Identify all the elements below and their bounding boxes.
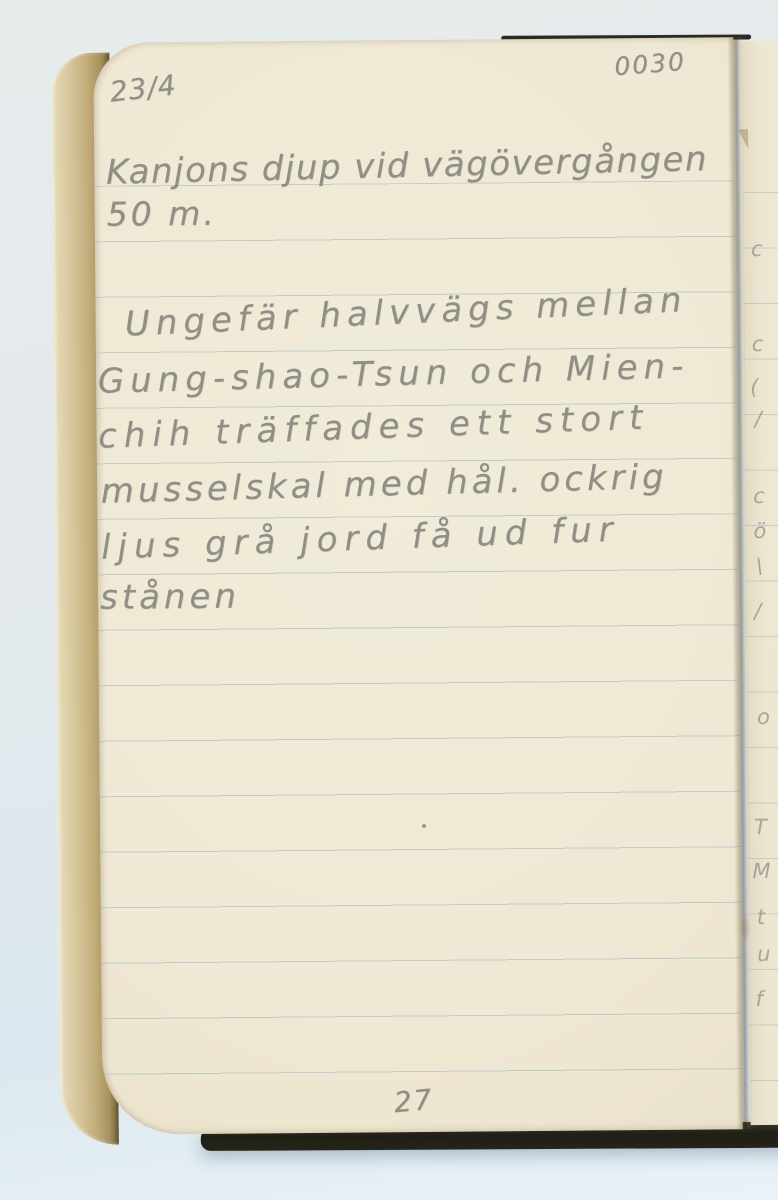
notebook-page: 23/4 0030 Kanjons djup vid vägövergången…: [93, 37, 743, 1135]
adjacent-mark: u: [757, 942, 771, 966]
adjacent-mark: t: [757, 905, 765, 929]
adjacent-mark: c: [752, 332, 764, 356]
paper-speck: [422, 824, 426, 828]
adjacent-mark: c: [753, 484, 765, 508]
page-number: 27: [392, 1083, 435, 1120]
paper-stain: [739, 913, 751, 943]
scanned-notebook-photo: 23/4 0030 Kanjons djup vid vägövergången…: [0, 0, 778, 1200]
adjacent-mark: T: [754, 815, 767, 839]
adjacent-mark: (: [750, 375, 758, 399]
date-annotation: 23/4: [108, 68, 178, 108]
notebook: 23/4 0030 Kanjons djup vid vägövergången…: [43, 33, 778, 1151]
adjacent-mark: /: [754, 407, 761, 431]
adjacent-mark: M: [752, 859, 770, 883]
adjacent-mark: /: [754, 599, 761, 623]
adjacent-mark: f: [755, 987, 763, 1011]
adjacent-mark: ö: [753, 519, 766, 543]
adjacent-mark: c: [751, 237, 763, 261]
scan-number: 0030: [613, 47, 687, 82]
entry-line: stånen: [100, 577, 240, 618]
page-tear-notch: [738, 129, 748, 149]
entry-line: 50 m.: [107, 194, 217, 234]
adjacent-mark: o: [757, 705, 770, 729]
adjacent-mark: \: [756, 554, 763, 578]
